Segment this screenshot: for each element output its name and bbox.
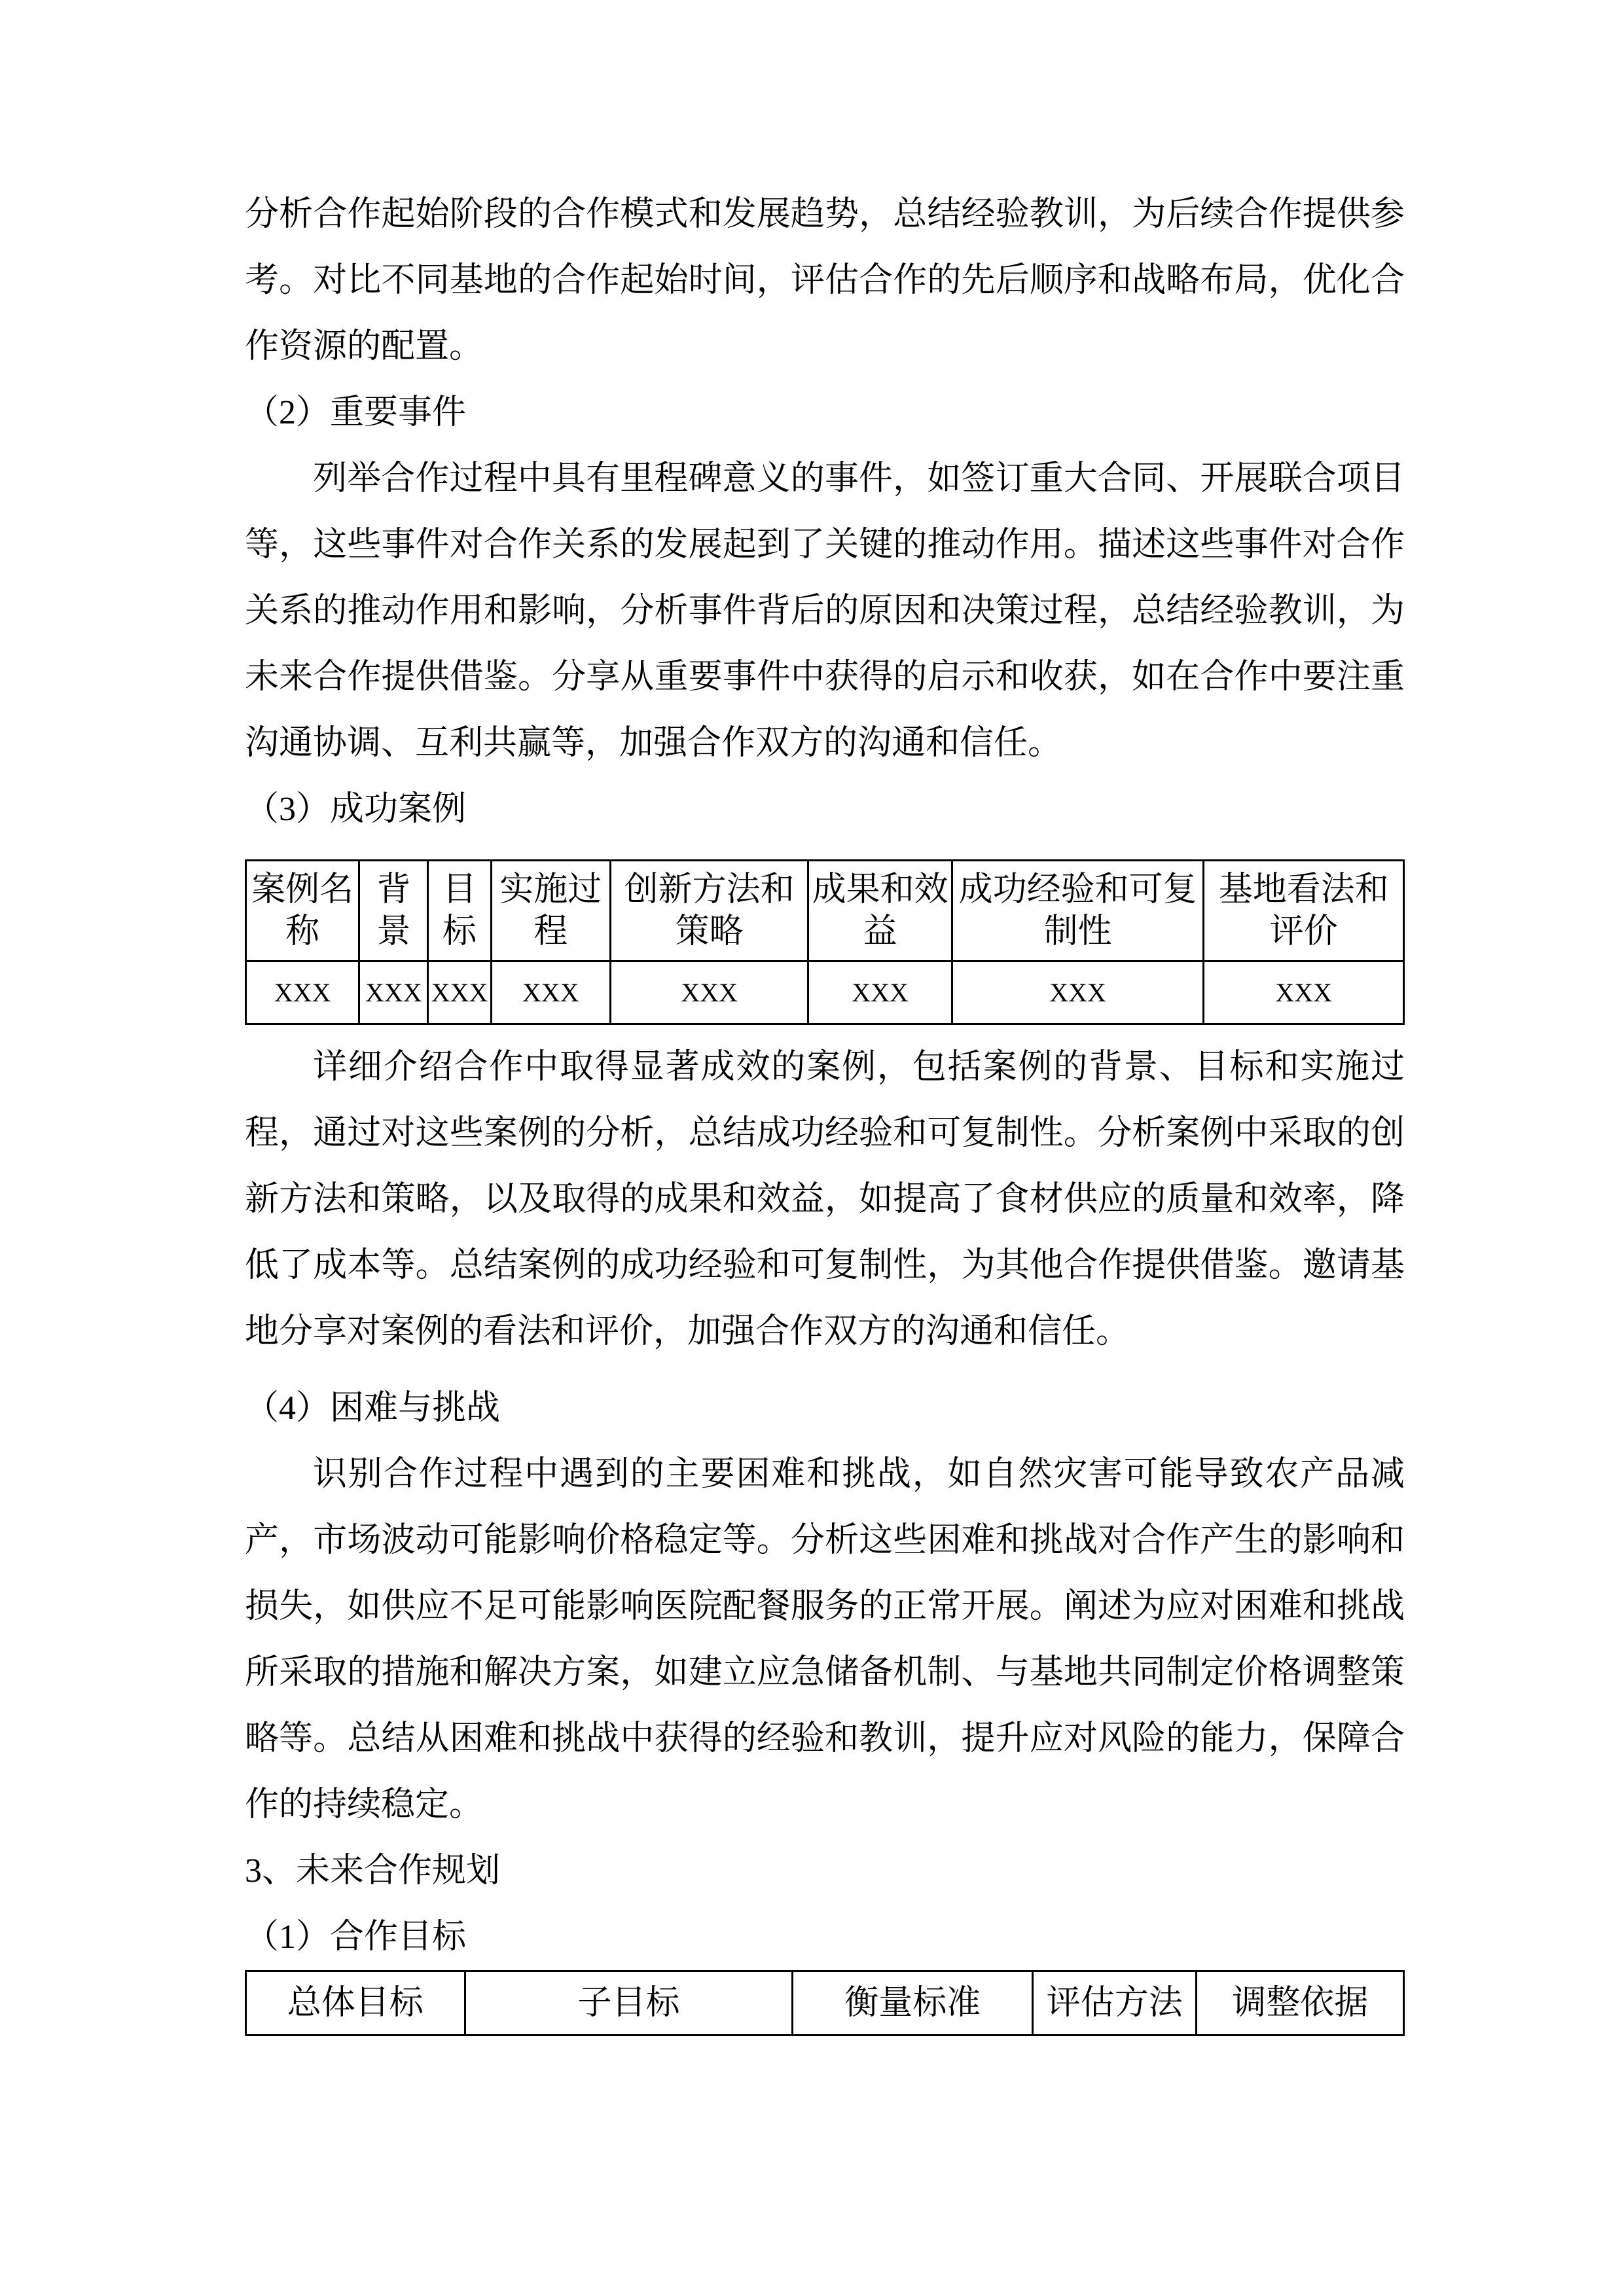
data-cell-goal: XXX bbox=[428, 961, 491, 1024]
heading-success-cases: （3）成功案例 bbox=[245, 776, 1405, 842]
header-cell-replicability: 成功经验和可复制性 bbox=[952, 861, 1204, 961]
paragraph-difficulties-challenges: 识别合作过程中遇到的主要困难和挑战，如自然灾害可能导致农产品减产，市场波动可能影… bbox=[245, 1441, 1405, 1838]
data-cell-case-name: XXX bbox=[246, 961, 359, 1024]
header-cell-sub-goal: 子目标 bbox=[465, 1971, 793, 2036]
header-cell-adjustment-basis: 调整依据 bbox=[1197, 1971, 1404, 2036]
heading-future-cooperation-planning: 3、未来合作规划 bbox=[245, 1838, 1405, 1904]
data-cell-results-benefits: XXX bbox=[808, 961, 952, 1024]
header-cell-evaluation-method: 评估方法 bbox=[1033, 1971, 1197, 2036]
data-cell-base-opinion: XXX bbox=[1204, 961, 1404, 1024]
paragraph-cooperation-start-analysis: 分析合作起始阶段的合作模式和发展趋势，总结经验教训，为后续合作提供参考。对比不同… bbox=[245, 181, 1405, 380]
header-cell-innovation-strategy: 创新方法和策略 bbox=[610, 861, 808, 961]
header-cell-implementation: 实施过程 bbox=[491, 861, 610, 961]
header-cell-measure-standard: 衡量标准 bbox=[793, 1971, 1033, 2036]
cooperation-goals-table: 总体目标 子目标 衡量标准 评估方法 调整依据 bbox=[245, 1970, 1405, 2036]
header-cell-case-name: 案例名称 bbox=[246, 861, 359, 961]
page-content: 分析合作起始阶段的合作模式和发展趋势，总结经验教训，为后续合作提供参考。对比不同… bbox=[245, 181, 1405, 2036]
header-cell-overall-goal: 总体目标 bbox=[246, 1971, 465, 2036]
data-cell-replicability: XXX bbox=[952, 961, 1204, 1024]
data-cell-background: XXX bbox=[359, 961, 428, 1024]
heading-difficulties-challenges: （4）困难与挑战 bbox=[245, 1375, 1405, 1441]
header-cell-goal: 目标 bbox=[428, 861, 491, 961]
success-cases-data-row: XXX XXX XXX XXX XXX XXX XXX XXX bbox=[246, 961, 1404, 1024]
data-cell-innovation-strategy: XXX bbox=[610, 961, 808, 1024]
goals-header-row: 总体目标 子目标 衡量标准 评估方法 调整依据 bbox=[246, 1971, 1404, 2036]
header-cell-background: 背景 bbox=[359, 861, 428, 961]
data-cell-implementation: XXX bbox=[491, 961, 610, 1024]
paragraph-success-cases: 详细介绍合作中取得显著成效的案例，包括案例的背景、目标和实施过程，通过对这些案例… bbox=[245, 1034, 1405, 1365]
header-cell-results-benefits: 成果和效益 bbox=[808, 861, 952, 961]
heading-important-events: （2）重要事件 bbox=[245, 380, 1405, 446]
heading-cooperation-goals: （1）合作目标 bbox=[245, 1904, 1405, 1970]
paragraph-important-events: 列举合作过程中具有里程碑意义的事件，如签订重大合同、开展联合项目等，这些事件对合… bbox=[245, 446, 1405, 776]
success-cases-table: 案例名称 背景 目标 实施过程 创新方法和策略 成果和效益 成功经验和可复制性 … bbox=[245, 859, 1405, 1025]
success-cases-header-row: 案例名称 背景 目标 实施过程 创新方法和策略 成果和效益 成功经验和可复制性 … bbox=[246, 861, 1404, 961]
header-cell-base-opinion: 基地看法和评价 bbox=[1204, 861, 1404, 961]
document-page: 分析合作起始阶段的合作模式和发展趋势，总结经验教训，为后续合作提供参考。对比不同… bbox=[0, 0, 1624, 2296]
